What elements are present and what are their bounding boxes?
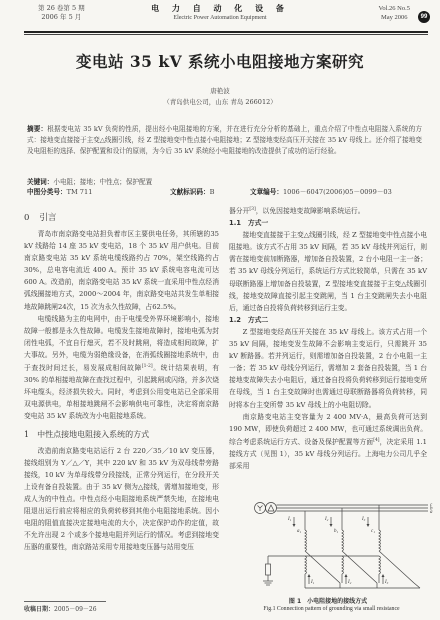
figure-caption-cn: 图 1 小电阻接地的接线方式	[229, 596, 427, 605]
paragraph-text: 器分开	[229, 207, 249, 215]
section-heading-intro: 0引言	[24, 211, 56, 223]
article-no-label: 文章编号：	[250, 188, 283, 196]
citation: [1-2]	[142, 364, 153, 369]
author: 唐艳波	[0, 86, 440, 95]
doc-code: 文献标识码：B	[170, 186, 214, 196]
section-heading-1: 1 中性点接地电阻接入系统的方式	[24, 429, 219, 441]
volume-issue-en: Vol.26 No.5	[379, 4, 410, 13]
right-column: 器分开[3]，以免因接地变故障影响系统运行。 1.1 方式一 接地变直接接于主变…	[229, 204, 427, 472]
paragraph-text: ，以免因接地变故障影响系统运行。	[256, 207, 365, 215]
journal-header: 第 26 卷第 5 期 2006 年 5 月 电 力 自 动 化 设 备 Ele…	[0, 0, 440, 30]
circuit-diagram: c b a I₁ I₂ I₃ a₁ b₁ c₁ I₁ I₂ I₃	[250, 500, 440, 592]
paragraph: 器分开[3]，以免因接地变故障影响系统运行。	[229, 204, 427, 217]
received-label: 收稿日期：	[24, 606, 54, 613]
paragraph: 电缆线路为主的电网中，由于电缆受外界环境影响小，接地故障一般都是永久性故障。电缆…	[24, 313, 219, 423]
received-date: 收稿日期：2005－09－26	[24, 604, 97, 613]
clc-code: 中图分类号：TM 711	[27, 186, 92, 196]
current-label: I₂	[347, 580, 352, 585]
current-label: I₁	[310, 580, 315, 585]
current-label: I₃	[384, 580, 389, 585]
page-number-badge: 99	[418, 11, 430, 23]
subsection-heading-1-1: 1.1 方式一	[229, 217, 427, 229]
affiliation: （青岛供电公司，山东 青岛 266012）	[0, 97, 440, 106]
received-value: 2005－09－26	[54, 606, 97, 613]
abstract: 摘要：根据变电站 35 kV 负荷的性质，提出经小电阻接地的方案，并在进行充分分…	[27, 124, 422, 157]
delta-transformer-icon	[266, 503, 277, 514]
keywords: 关键词：小电阻；接地；中性点；保护配置	[27, 176, 152, 186]
header-rule	[24, 31, 428, 33]
header-right: Vol.26 No.5 May 2006	[379, 4, 410, 22]
current-label: I₁	[287, 517, 292, 522]
article-no-value: 1006－6047(2006)05－0099－03	[283, 188, 392, 196]
keywords-text: 小电阻；接地；中性点；保护配置	[53, 178, 152, 186]
paragraph: 接地变直接接于主变△线圈引线，经 Z 型接地变中性点接小电阻接地。该方式不占用 …	[229, 229, 427, 314]
current-label: I₂	[324, 517, 329, 522]
paragraph-text: 。统计结果表明，有 30% 的单相接地故障在查找过程中，引起跳闸或闪络，并多次烧…	[24, 364, 219, 420]
article-number: 文章编号：1006－6047(2006)05－0099－03	[250, 186, 392, 196]
journal-name-en: Electric Power Automation Equipment	[0, 14, 440, 22]
date-en: May 2006	[379, 13, 410, 22]
doc-code-value: B	[210, 188, 215, 196]
phase-label-a: a	[430, 510, 433, 515]
header-center: 电 力 自 动 化 设 备 Electric Power Automation …	[0, 3, 440, 22]
winding-label: b₁	[334, 529, 339, 534]
subsection-heading-1-2: 1.2 方式二	[229, 314, 427, 326]
section-number: 0	[24, 213, 29, 223]
left-column: 青岛市南京路变电站担负着市区主要供电任务，其所辖的35 kV 线路给 14 座 …	[24, 228, 219, 553]
winding-label: a₁	[297, 529, 302, 534]
abstract-label: 摘要：	[27, 125, 47, 133]
keywords-label: 关键词：	[27, 178, 53, 186]
figure-caption-en: Fig.1 Connection pattern of grounding vi…	[229, 606, 434, 612]
paper-title: 变电站 35 kV 系统小电阻接地方案研究	[0, 50, 440, 72]
current-label: I₃	[361, 517, 366, 522]
clc-value: TM 711	[67, 188, 93, 196]
winding-label: c₁	[371, 529, 375, 534]
abstract-text: 根据变电站 35 kV 负荷的性质，提出经小电阻接地的方案，并在进行充分分析的基…	[27, 125, 422, 155]
doc-code-label: 文献标识码：	[170, 188, 210, 196]
paragraph: 改造前南京路变电站运行 2 台 220／35／10 kV 变压器，接线组别为 Y…	[24, 445, 219, 554]
resistor-icon	[266, 564, 271, 575]
footnote-rule	[24, 601, 106, 602]
section-title: 引言	[39, 213, 56, 223]
paragraph: 青岛市南京路变电站担负着市区主要供电任务，其所辖的35 kV 线路给 14 座 …	[24, 228, 219, 313]
clc-label: 中图分类号：	[27, 188, 67, 196]
header-rule-thin	[24, 34, 428, 35]
paragraph: 南京路变电站主变容量为 2 400 MV·A，最高负荷可达到 190 MW，即使…	[229, 411, 427, 472]
journal-name-cn: 电 力 自 动 化 设 备	[0, 3, 440, 14]
paragraph: Z 型接地变经高压开关接在 35 kV 母线上。该方式占用一个 35 kV 间隔…	[229, 326, 427, 411]
figure-1-wiring-diagram: c b a I₁ I₂ I₃ a₁ b₁ c₁ I₁ I₂ I₃	[250, 500, 440, 592]
